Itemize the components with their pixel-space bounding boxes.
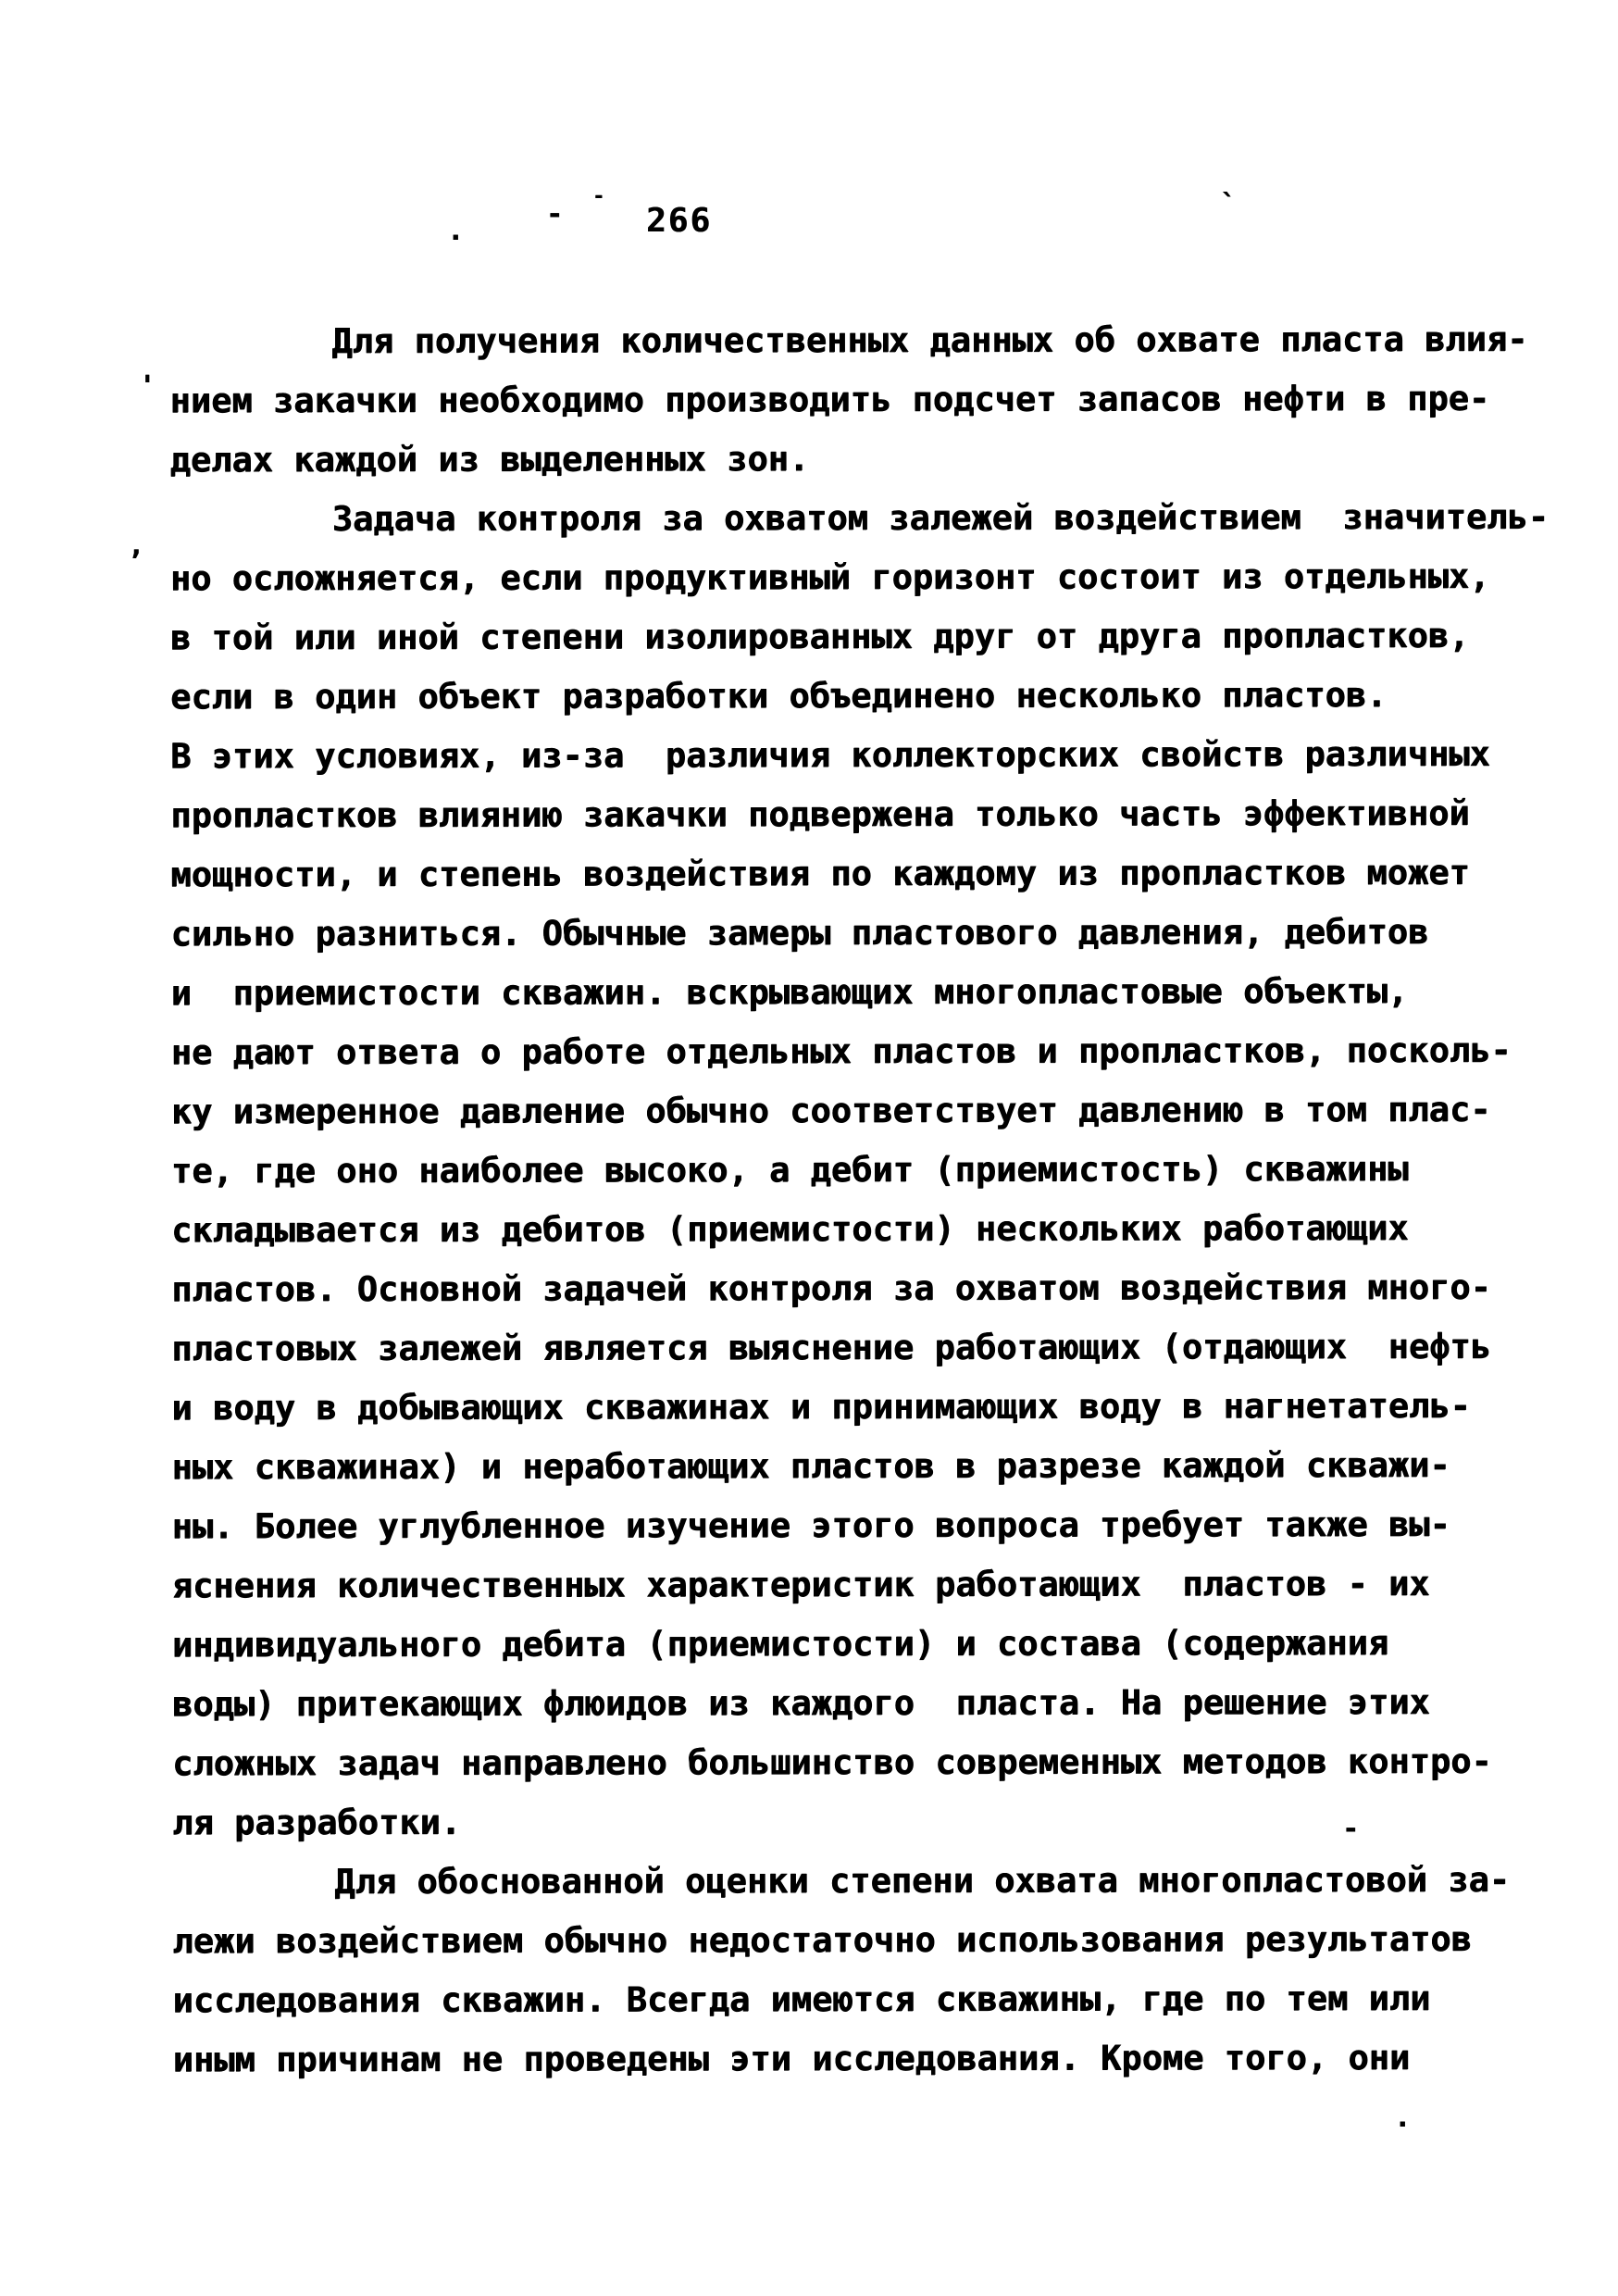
scan-speck: ` xyxy=(1220,189,1237,221)
scanned-page: - . - ` ' , - . 266 Для получения количе… xyxy=(0,0,1618,2296)
text-line: и приемистости скважин. вскрывающих мног… xyxy=(171,962,1550,1024)
text-line: исследования скважин. Всегда имеются скв… xyxy=(172,1969,1551,2031)
page-number: 266 xyxy=(646,202,712,240)
text-line: не дают ответа о работе отдельных пласто… xyxy=(171,1021,1550,1083)
document-body: Для получения количественных данных об о… xyxy=(169,310,1551,2090)
text-line: ных скважинах) и неработающих пластов в … xyxy=(171,1436,1550,1498)
text-line: В этих условиях, из-за различия коллекто… xyxy=(170,725,1550,787)
text-line: сильно разниться. Обычные замеры пластов… xyxy=(170,903,1550,965)
text-line: Для получения количественных данных об о… xyxy=(169,310,1549,372)
text-line: но осложняется, если продуктивный горизо… xyxy=(170,547,1550,609)
scan-speck: , xyxy=(128,530,144,562)
text-line: те, где оно наиболее высоко, а дебит (пр… xyxy=(171,1140,1550,1202)
scan-speck: ' xyxy=(139,370,156,403)
text-line: воды) притекающих флюидов из каждого пла… xyxy=(172,1673,1551,1735)
text-line: если в один объект разработки объединено… xyxy=(170,666,1550,728)
text-line: индивидуального дебита (приемистости) и … xyxy=(172,1614,1551,1676)
text-line: пластовых залежей является выяснение раб… xyxy=(171,1317,1550,1379)
text-line: и воду в добывающих скважинах и принимаю… xyxy=(171,1377,1550,1439)
text-line: ля разработки. xyxy=(172,1791,1551,1853)
text-line: в той или иной степени изолированных дру… xyxy=(170,606,1550,668)
text-line: Для обоснованной оценки степени охвата м… xyxy=(172,1851,1551,1913)
text-line: ку измеренное давление обычно соответств… xyxy=(171,1080,1550,1142)
text-line: яснения количественных характеристик раб… xyxy=(172,1554,1551,1616)
text-line: ны. Более углубленное изучение этого воп… xyxy=(172,1495,1551,1557)
text-line: Задача контроля за охватом залежей возде… xyxy=(170,488,1550,550)
text-line: складывается из дебитов (приемистости) н… xyxy=(171,1199,1550,1261)
scan-speck: . xyxy=(1394,2102,1411,2134)
text-line: иным причинам не проведены эти исследова… xyxy=(173,2028,1552,2090)
text-line: мощности, и степень воздействия по каждо… xyxy=(170,843,1550,905)
scan-speck: . xyxy=(447,215,464,247)
scan-speck: - xyxy=(546,198,563,231)
scan-speck: - xyxy=(592,185,604,208)
text-line: нием закачки необходимо производить подс… xyxy=(169,369,1549,431)
text-line: делах каждой из выделенных зон. xyxy=(170,429,1550,491)
text-line: пропластков влиянию закачки подвержена т… xyxy=(170,784,1550,846)
text-line: пластов. Основной задачей контроля за ох… xyxy=(171,1258,1550,1320)
text-line: сложных задач направлено большинство сов… xyxy=(172,1732,1551,1794)
text-line: лежи воздействием обычно недостаточно ис… xyxy=(172,1910,1551,1972)
